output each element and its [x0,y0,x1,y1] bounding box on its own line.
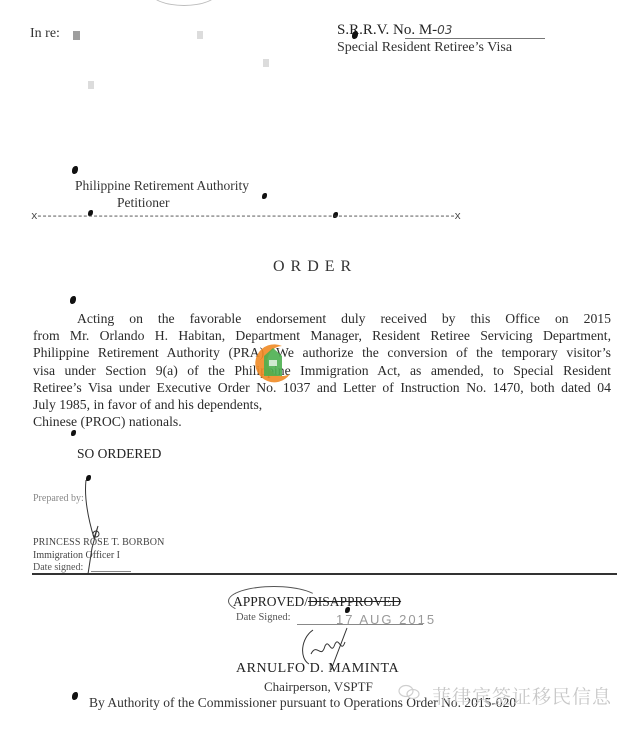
watermark-text: 菲律宾签证移民信息 [432,682,612,709]
preparer-date-line [91,571,131,572]
ink-blot [262,193,267,199]
petitioner-organization: Philippine Retirement Authority [75,178,249,194]
paragraph-line: Chinese (PROC) nationals. [33,413,611,430]
seal-arc [150,0,218,6]
srrv-underline [405,38,545,39]
preparer-title: Immigration Officer I [33,550,120,561]
prepared-by-label: Prepared by: [33,493,84,504]
wechat-icon [398,684,420,700]
paragraph-line: July 1985, in favor of and his dependent… [33,396,611,413]
ink-blot [70,296,76,304]
redaction-mark [88,81,94,89]
redaction-mark [263,59,269,67]
date-signed-label: Date Signed: [236,612,291,623]
signer-title: Chairperson, VSPTF [264,679,373,695]
approved-label: APPROVED [233,594,304,609]
paragraph-line: visa under Section 9(a) of the Philippin… [33,362,611,379]
paragraph-line: Retiree’s Visa under Executive Order No.… [33,379,611,396]
ink-blot [71,430,76,436]
section-divider [32,573,617,575]
redaction-mark [73,31,80,40]
srrv-number: 03 [437,23,452,37]
paragraph-line: from Mr. Orlando H. Habitan, Department … [33,327,611,344]
ink-blot [72,692,78,700]
so-ordered: SO ORDERED [77,446,161,462]
disapproved-label: DISAPPROVED [308,594,401,609]
ink-blot [72,166,78,174]
petitioner-role: Petitioner [117,195,170,211]
order-title: ORDER [273,258,357,276]
paragraph-line: Acting on the favorable endorsement duly… [33,310,611,327]
in-re-label: In re: [30,26,60,42]
preparer-name: PRINCESS ROSE T. BORBON [33,537,164,548]
redaction-mark [197,31,203,39]
logo-watermark-icon [252,342,294,384]
srrv-subtitle: Special Resident Retiree’s Visa [337,40,512,56]
caption-separator: x---------------------------------------… [31,211,460,223]
signature-mark [80,478,110,578]
preparer-date-label: Date signed: [33,562,83,573]
order-paragraph: Acting on the favorable endorsement duly… [33,310,611,430]
signer-name: ARNULFO D. MAMINTA [236,661,399,677]
approval-status: APPROVED/DISAPPROVED [233,594,401,610]
paragraph-line: Philippine Retirement Authority (PRA), W… [33,344,611,361]
